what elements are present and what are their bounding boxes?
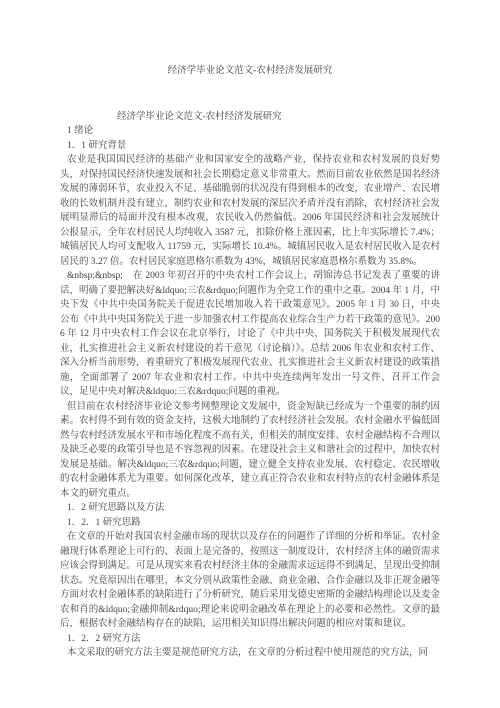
title-gap (60, 79, 440, 110)
paragraph-research-background: 农业是我国国民经济的基础产业和国家安全的战略产业，保持农业和农村发展的良好势头，… (60, 153, 440, 269)
paragraph-research-methods: 本文采取的研究方法主要是规范研究方法，在文章的分析过程中使用规范的究方法，同 (60, 646, 440, 661)
page-title: 经济学毕业论文范文-农村经济发展研究 (60, 64, 440, 79)
paragraph-research-approach: 在文章的开始对我国农村金融市场的现状以及存在的问题作了详细的分析和举证。农村金融… (60, 530, 440, 632)
heading-1-2-2-research-methods: 1．2．2 研究方法 (60, 632, 440, 647)
paragraph-rural-finance-constraints: 但目前在农村经济毕业论文参考网整理论文发展中，资金短缺已经成为一个重要的制约因素… (60, 400, 440, 502)
heading-1-introduction: 1 绪论 (60, 124, 440, 139)
document-heading: 经济学毕业论文范文-农村经济发展研究 (60, 110, 440, 125)
paragraph-central-policies: &nbsp;&nbsp; 在 2003 年初召开的中央农村工作会议上，胡锦涛总书… (60, 269, 440, 400)
document-page: 经济学毕业论文范文-农村经济发展研究 经济学毕业论文范文-农村经济发展研究 1 … (0, 0, 500, 708)
heading-1-1-research-background: 1．1 研究背景 (60, 139, 440, 154)
heading-1-2-research-approach-and-methods: 1．2 研究思路以及方法 (60, 501, 440, 516)
heading-1-2-1-research-approach: 1．2．1 研究思路 (60, 516, 440, 531)
